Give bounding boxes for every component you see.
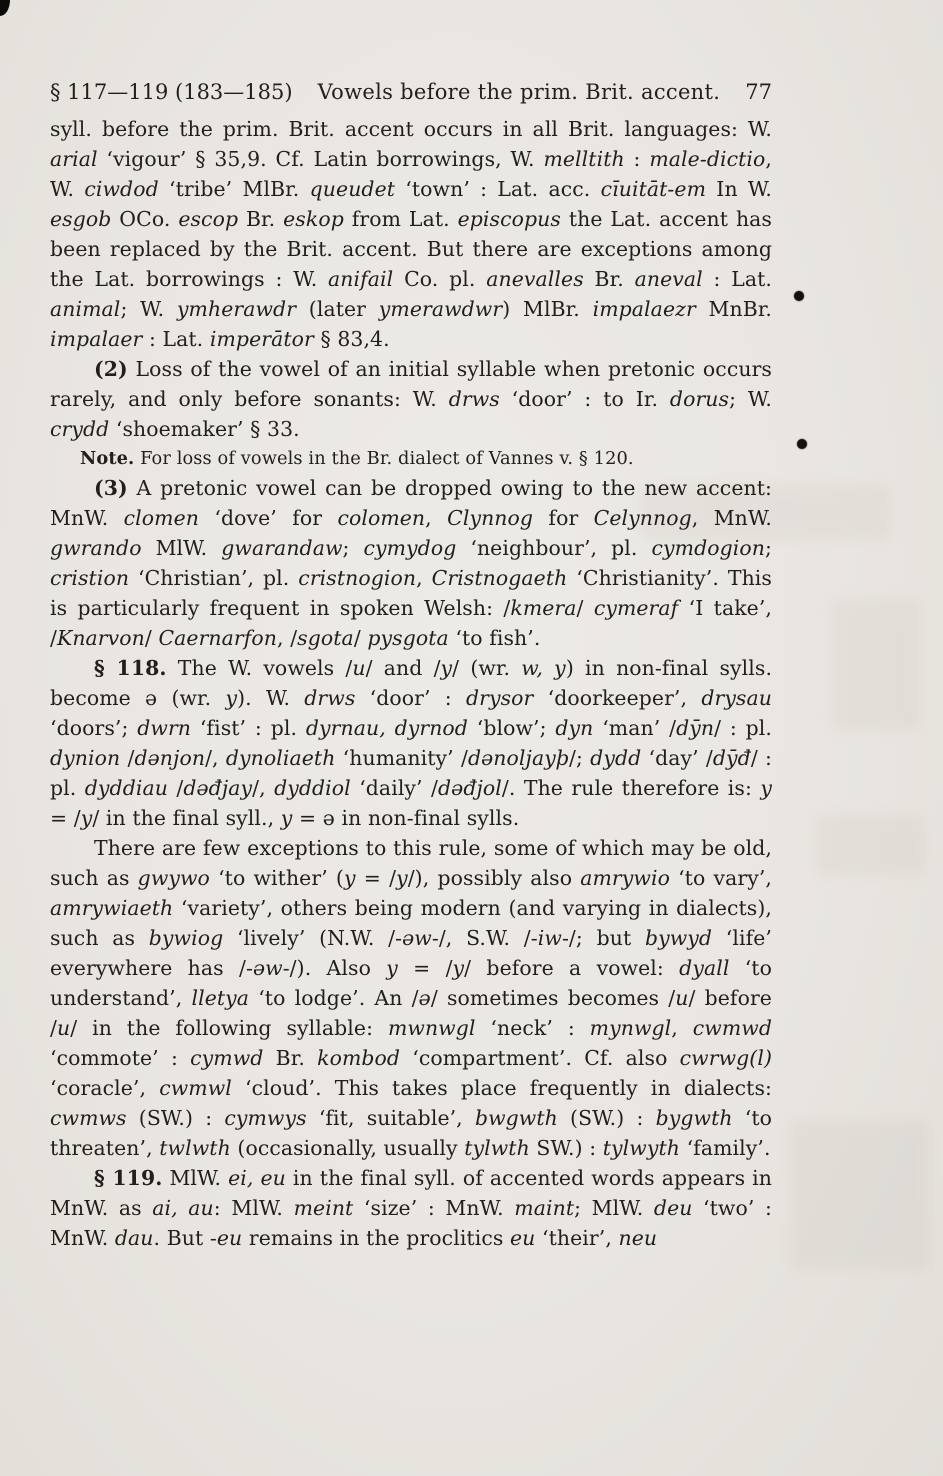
paragraph-118-exceptions: There are few exceptions to this rule, s… [50,833,772,1163]
bleed-through-artifact [815,815,925,875]
paragraph-117-continuation: syll. before the prim. Brit. accent occu… [50,114,772,354]
scan-corner-artifact [0,0,10,16]
running-title: Vowels before the prim. Brit. accent. [318,80,721,104]
bleed-through-artifact [790,1120,930,1270]
page-number: 77 [745,80,772,104]
paragraph-119: § 119. MlW. ei, eu in the final syll. of… [50,1163,772,1253]
ink-dot [797,439,807,449]
page-header: § 117—119 (183—185) Vowels before the pr… [50,80,772,104]
paragraph-note: Note. For loss of vowels in the Br. dial… [50,444,772,473]
text-body: syll. before the prim. Brit. accent occu… [50,114,772,1253]
bleed-through-artifact [830,600,920,730]
section-range: § 117—119 (183—185) [50,80,293,104]
paragraph-117-item-3: (3) A pretonic vowel can be dropped owin… [50,473,772,653]
book-page: § 117—119 (183—185) Vowels before the pr… [0,0,943,1476]
paragraph-117-item-2: (2) Loss of the vowel of an initial syll… [50,354,772,444]
paragraph-118: § 118. The W. vowels /u/ and /y/ (wr. w,… [50,653,772,833]
ink-dot [794,291,804,301]
